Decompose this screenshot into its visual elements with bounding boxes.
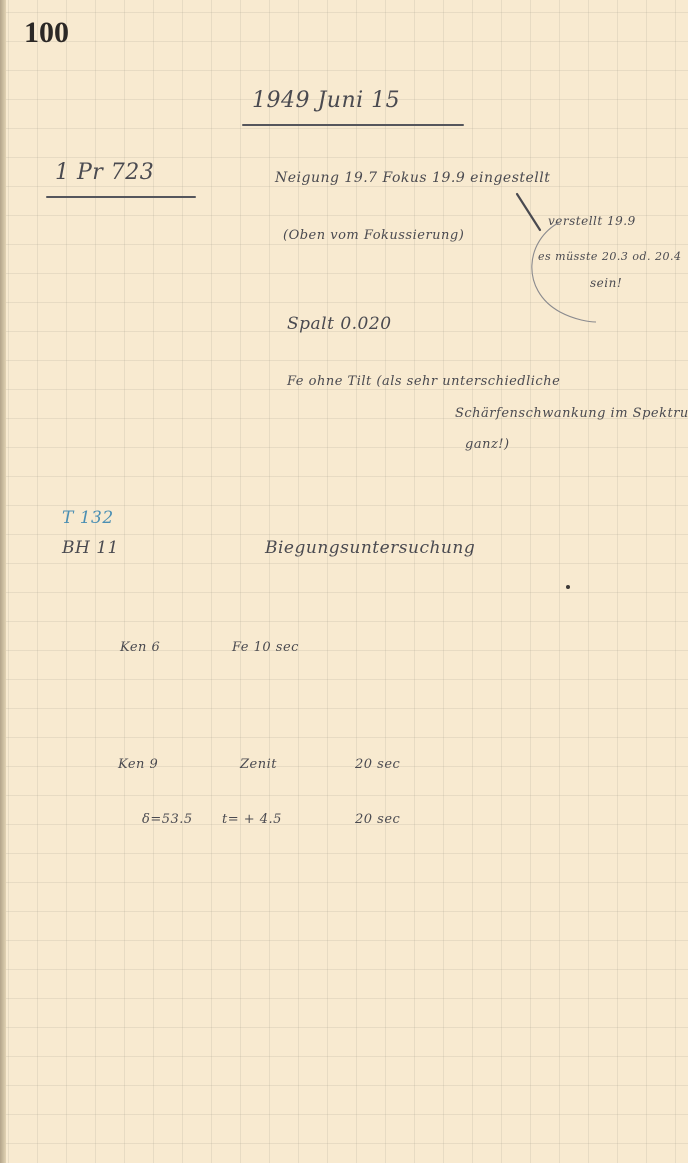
- plate-ref-blue: T 132: [62, 508, 114, 528]
- plate-underline: [46, 196, 196, 198]
- remark-line3: ganz!): [465, 437, 510, 452]
- row3-col1: δ=53.5: [142, 812, 193, 827]
- oben-fokussierung-note: (Oben vom Fokussierung): [283, 228, 464, 243]
- slit-width: Spalt 0.020: [287, 314, 392, 334]
- row2-col3: 20 sec: [355, 757, 400, 772]
- page-number: 100: [24, 16, 69, 50]
- row3-col2: t= + 4.5: [222, 812, 282, 827]
- remark-line2: Schärfenschwankung im Spektrum: [455, 406, 688, 421]
- entry-date: 1949 Juni 15: [252, 88, 400, 113]
- remark-line1: Fe ohne Tilt (als sehr unterschiedliche: [287, 374, 560, 389]
- section-title: Biegungsuntersuchung: [265, 538, 475, 558]
- date-underline: [242, 124, 464, 126]
- pointer-stroke: [517, 194, 540, 230]
- row1-col2: Fe 10 sec: [232, 640, 299, 655]
- neigung-fokus-line: Neigung 19.7 Fokus 19.9 eingestellt: [275, 170, 550, 186]
- ink-dot: [566, 585, 570, 589]
- margin-note-line1: verstellt 19.9: [548, 214, 636, 228]
- margin-bracket: [532, 222, 596, 322]
- row3-col3: 20 sec: [355, 812, 400, 827]
- page-spine: [0, 0, 6, 1163]
- row1-col1: Ken 6: [120, 640, 160, 655]
- margin-note-line2: es müsste 20.3 od. 20.4: [538, 250, 682, 263]
- plate-id: 1 Pr 723: [55, 160, 154, 185]
- row2-col2: Zenit: [240, 757, 277, 772]
- row2-col1: Ken 9: [118, 757, 158, 772]
- plate-ref: BH 11: [62, 538, 119, 558]
- margin-note-line3: sein!: [590, 276, 622, 290]
- notebook-page: 100 1949 Juni 15 1 Pr 723 Neigung 19.7 F…: [0, 0, 688, 1163]
